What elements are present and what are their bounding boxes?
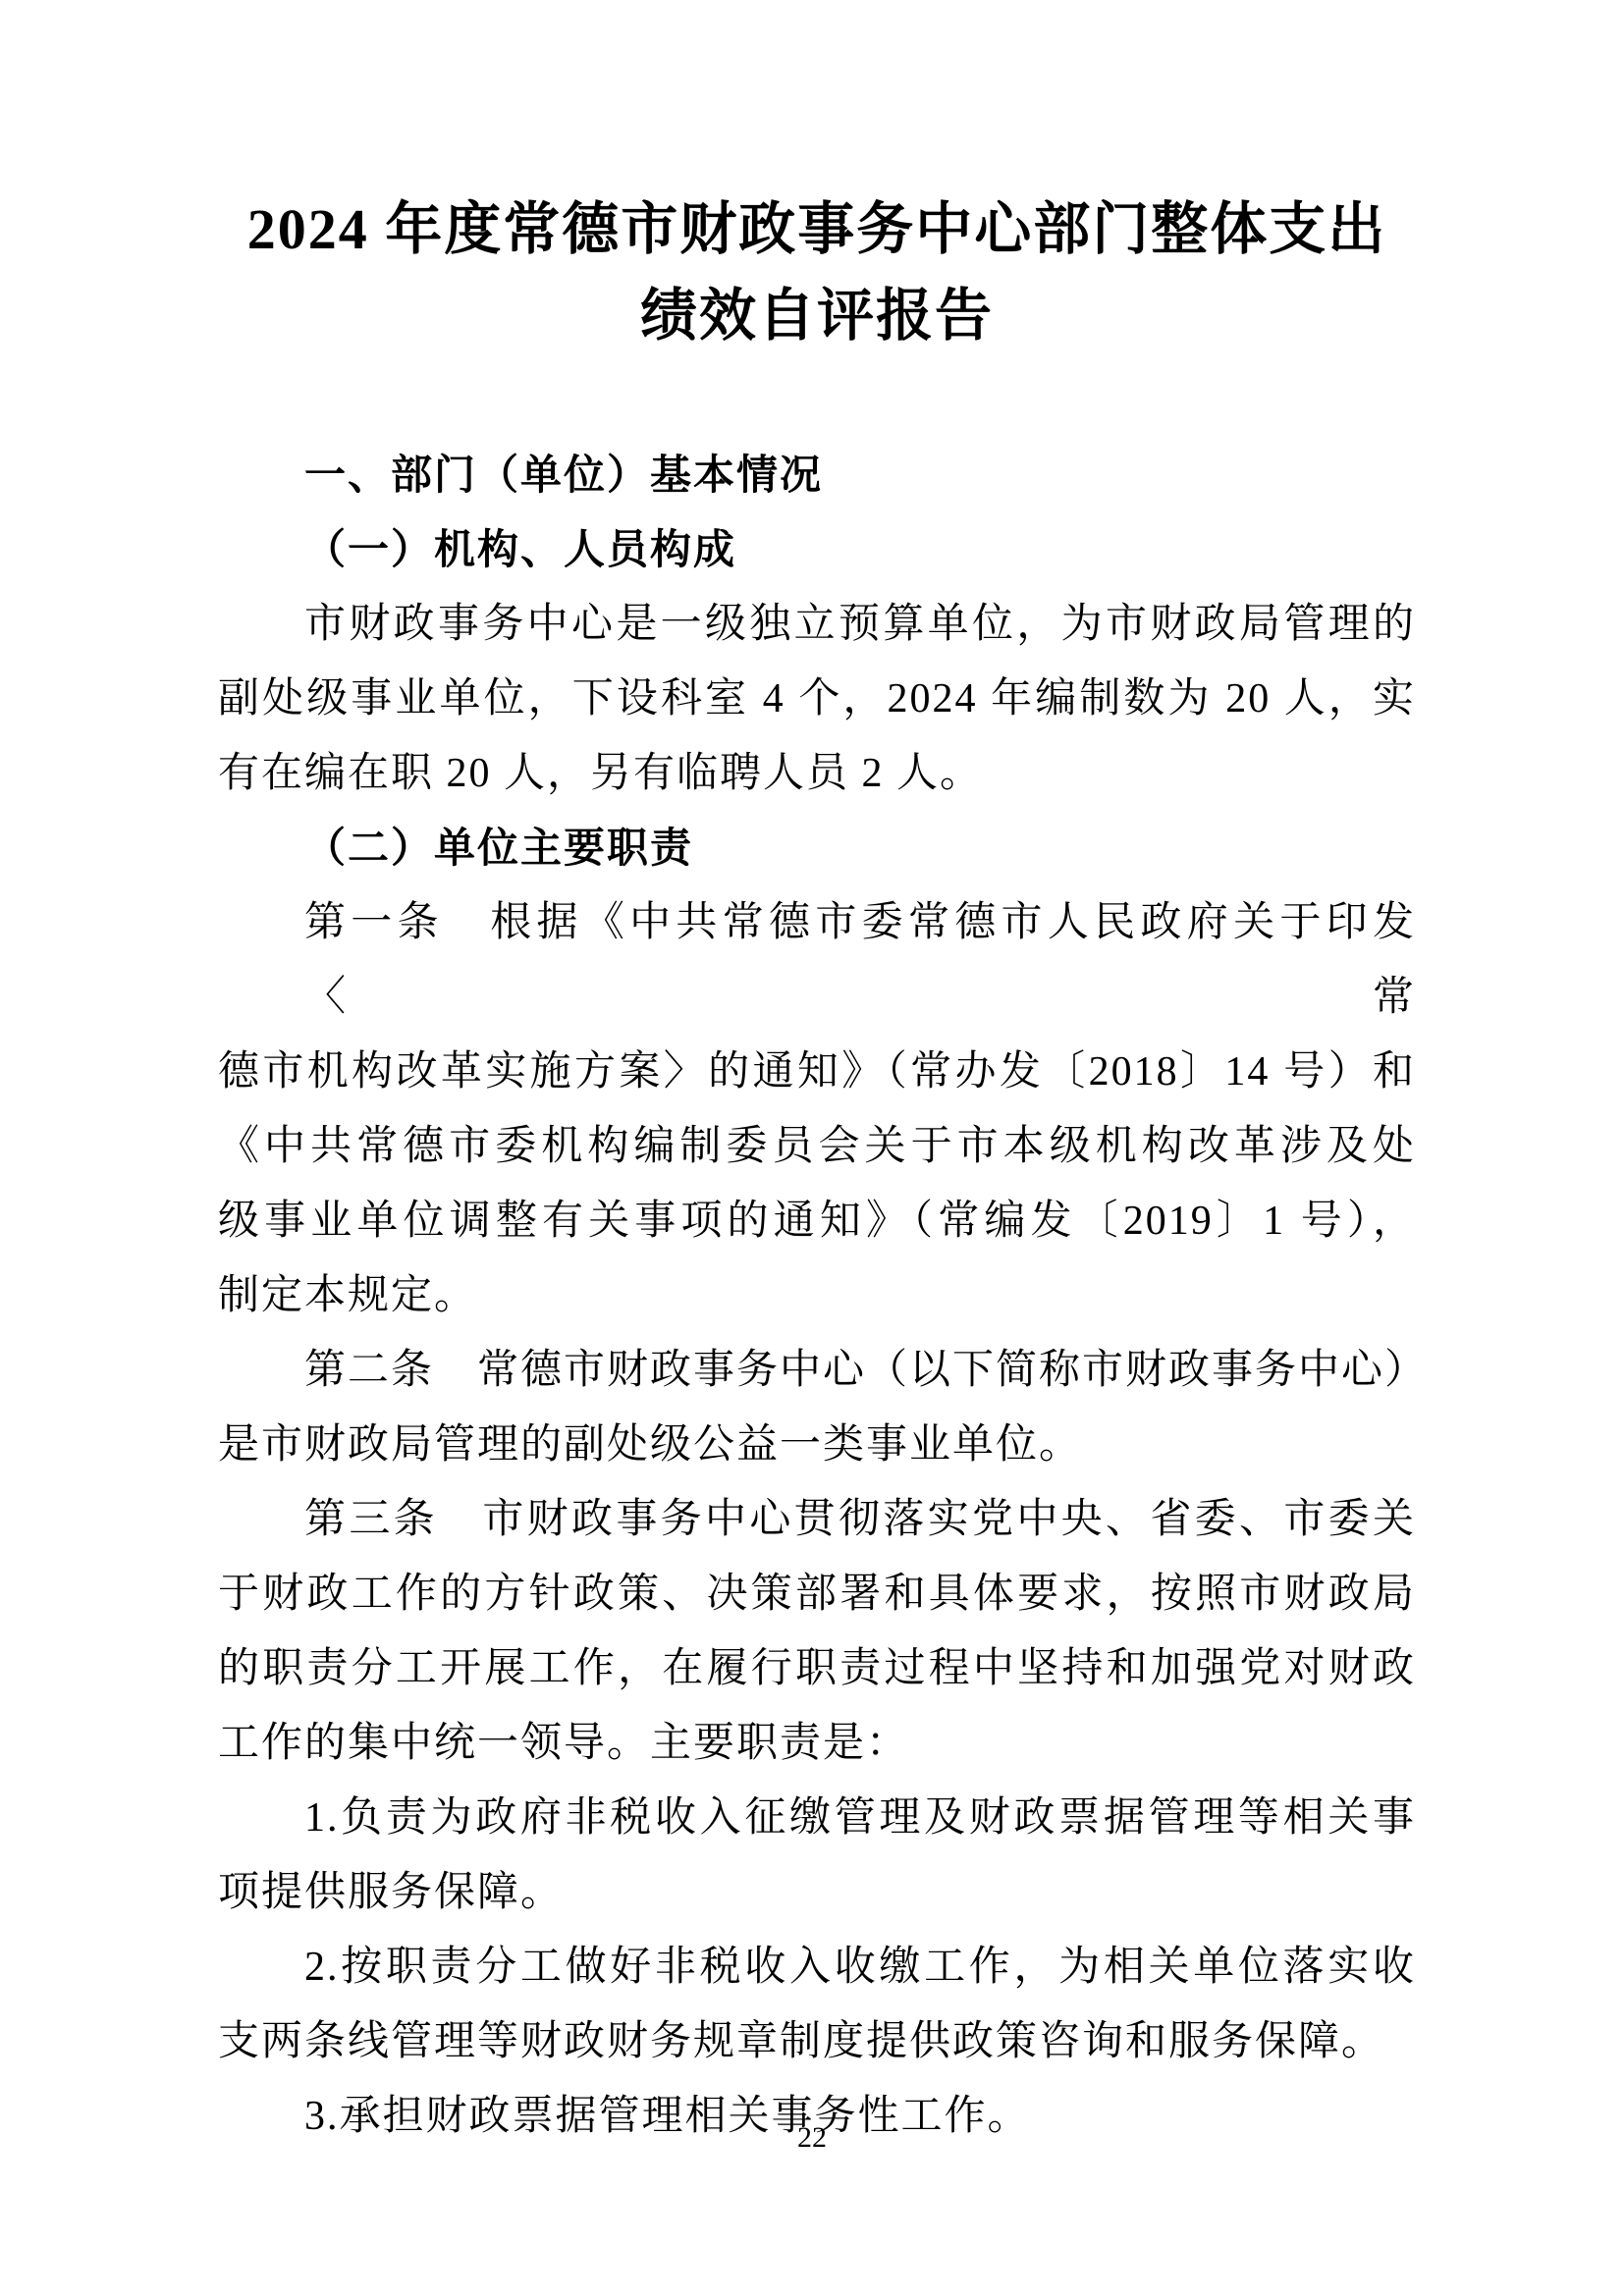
paragraph-line: 工作的集中统一领导。主要职责是： — [218, 1706, 1416, 1781]
paragraph-org-structure: 市财政事务中心是一级独立预算单位，为市财政局管理的 副处级事业单位，下设科室 4… — [218, 587, 1416, 811]
paragraph-duty-1: 1.负责为政府非税收入征缴管理及财政票据管理等相关事 项提供服务保障。 — [218, 1781, 1416, 1930]
document-body: 一、部门（单位）基本情况 （一）机构、人员构成 市财政事务中心是一级独立预算单位… — [218, 438, 1416, 2154]
paragraph-line: 项提供服务保障。 — [218, 1855, 1416, 1930]
page-title: 2024 年度常德市财政事务中心部门整体支出 绩效自评报告 — [218, 187, 1416, 359]
paragraph-article-2: 第二条 常德市财政事务中心（以下简称市财政事务中心） 是市财政局管理的副处级公益… — [218, 1333, 1416, 1482]
section-heading-1: 一、部门（单位）基本情况 — [218, 438, 1416, 512]
document-page: 2024 年度常德市财政事务中心部门整体支出 绩效自评报告 一、部门（单位）基本… — [0, 0, 1624, 2296]
subsection-heading-1-2: （二）单位主要职责 — [218, 811, 1416, 885]
paragraph-line: 级事业单位调整有关事项的通知》（常编发〔2019〕1 号）， — [218, 1184, 1416, 1258]
paragraph-line: 德市机构改革实施方案〉的通知》（常办发〔2018〕14 号）和 — [218, 1035, 1416, 1109]
paragraph-line: 于财政工作的方针政策、决策部署和具体要求，按照市财政局 — [218, 1557, 1416, 1631]
paragraph-line: 市财政事务中心是一级独立预算单位，为市财政局管理的 — [218, 587, 1416, 662]
paragraph-line: 第三条 市财政事务中心贯彻落实党中央、省委、市委关 — [218, 1482, 1416, 1557]
paragraph-line: 《中共常德市委机构编制委员会关于市本级机构改革涉及处 — [218, 1109, 1416, 1184]
paragraph-article-3: 第三条 市财政事务中心贯彻落实党中央、省委、市委关 于财政工作的方针政策、决策部… — [218, 1482, 1416, 1781]
title-line-1: 2024 年度常德市财政事务中心部门整体支出 — [218, 187, 1416, 273]
paragraph-line: 支两条线管理等财政财务规章制度提供政策咨询和服务保障。 — [218, 2004, 1416, 2079]
paragraph-line: 是市财政局管理的副处级公益一类事业单位。 — [218, 1408, 1416, 1482]
paragraph-article-1: 第一条 根据《中共常德市委常德市人民政府关于印发〈常 德市机构改革实施方案〉的通… — [218, 885, 1416, 1333]
paragraph-line: 1.负责为政府非税收入征缴管理及财政票据管理等相关事 — [218, 1781, 1416, 1855]
paragraph-line: 制定本规定。 — [218, 1258, 1416, 1333]
paragraph-line: 2.按职责分工做好非税收入收缴工作，为相关单位落实收 — [218, 1930, 1416, 2004]
page-number: 22 — [0, 2120, 1624, 2156]
paragraph-duty-2: 2.按职责分工做好非税收入收缴工作，为相关单位落实收 支两条线管理等财政财务规章… — [218, 1930, 1416, 2079]
document-content: 2024 年度常德市财政事务中心部门整体支出 绩效自评报告 一、部门（单位）基本… — [218, 0, 1416, 2154]
paragraph-line: 副处级事业单位，下设科室 4 个，2024 年编制数为 20 人，实 — [218, 662, 1416, 736]
paragraph-line: 第一条 根据《中共常德市委常德市人民政府关于印发〈常 — [218, 885, 1416, 1035]
paragraph-line: 的职责分工开展工作，在履行职责过程中坚持和加强党对财政 — [218, 1631, 1416, 1706]
paragraph-line: 有在编在职 20 人，另有临聘人员 2 人。 — [218, 736, 1416, 811]
title-line-2: 绩效自评报告 — [218, 273, 1416, 359]
subsection-heading-1-1: （一）机构、人员构成 — [218, 512, 1416, 587]
paragraph-line: 第二条 常德市财政事务中心（以下简称市财政事务中心） — [218, 1333, 1416, 1408]
